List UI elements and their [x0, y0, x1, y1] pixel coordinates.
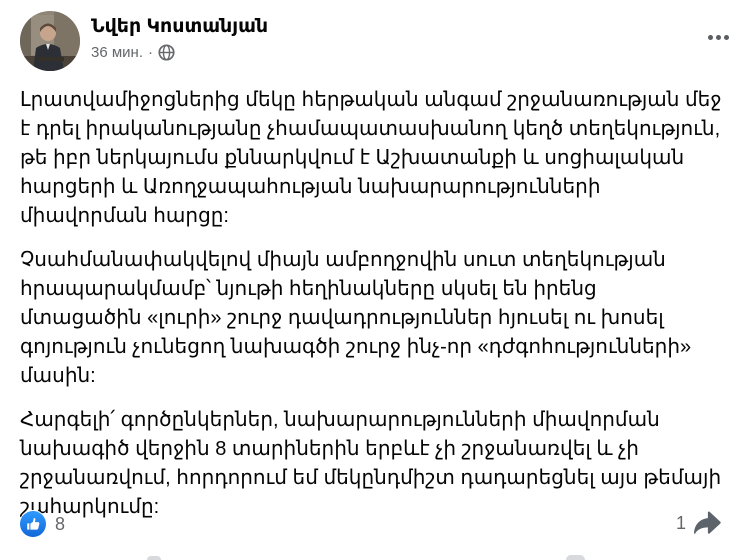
post-meta: 36 мин. ·	[91, 43, 268, 61]
author-name[interactable]: Նվեր Կոստանյան	[91, 16, 268, 38]
facebook-post: Նվեր Կոստանյան 36 мин. · Լրատվամիջոցների…	[0, 0, 741, 560]
engagement-bar: 8 1	[20, 511, 721, 539]
cutoff-action-icon	[566, 555, 585, 560]
share-arrow-icon	[694, 511, 721, 535]
like-badge[interactable]	[20, 511, 46, 537]
header-text: Նվեր Կոստանյան 36 мин. ·	[91, 11, 268, 61]
share-count[interactable]: 1	[676, 513, 686, 534]
avatar-photo	[20, 11, 80, 71]
meta-separator: ·	[148, 44, 153, 61]
post-paragraph: Լրատվամիջոցներից մեկը հերթական անգամ շրջ…	[20, 86, 722, 231]
post-header: Նվեր Կոստանյան 36 мин. ·	[20, 11, 721, 71]
post-text: Լրատվամիջոցներից մեկը հերթական անգամ շրջ…	[20, 86, 722, 537]
post-paragraph: Չսահմանափակվելով միայն ամբողջովին սուտ տ…	[20, 246, 722, 391]
share-summary[interactable]: 1	[676, 511, 721, 535]
cutoff-action-icon	[147, 556, 161, 560]
like-count[interactable]: 8	[55, 514, 65, 535]
post-paragraph: Հարգելի՛ գործընկերներ, նախարարություններ…	[20, 406, 722, 522]
more-options-button[interactable]	[700, 27, 737, 48]
reactions-summary[interactable]: 8	[20, 511, 65, 537]
ellipsis-icon	[708, 35, 729, 40]
globe-icon	[158, 44, 175, 61]
avatar[interactable]	[20, 11, 80, 71]
thumbs-up-icon	[26, 517, 40, 531]
timestamp[interactable]: 36 мин.	[91, 44, 143, 61]
